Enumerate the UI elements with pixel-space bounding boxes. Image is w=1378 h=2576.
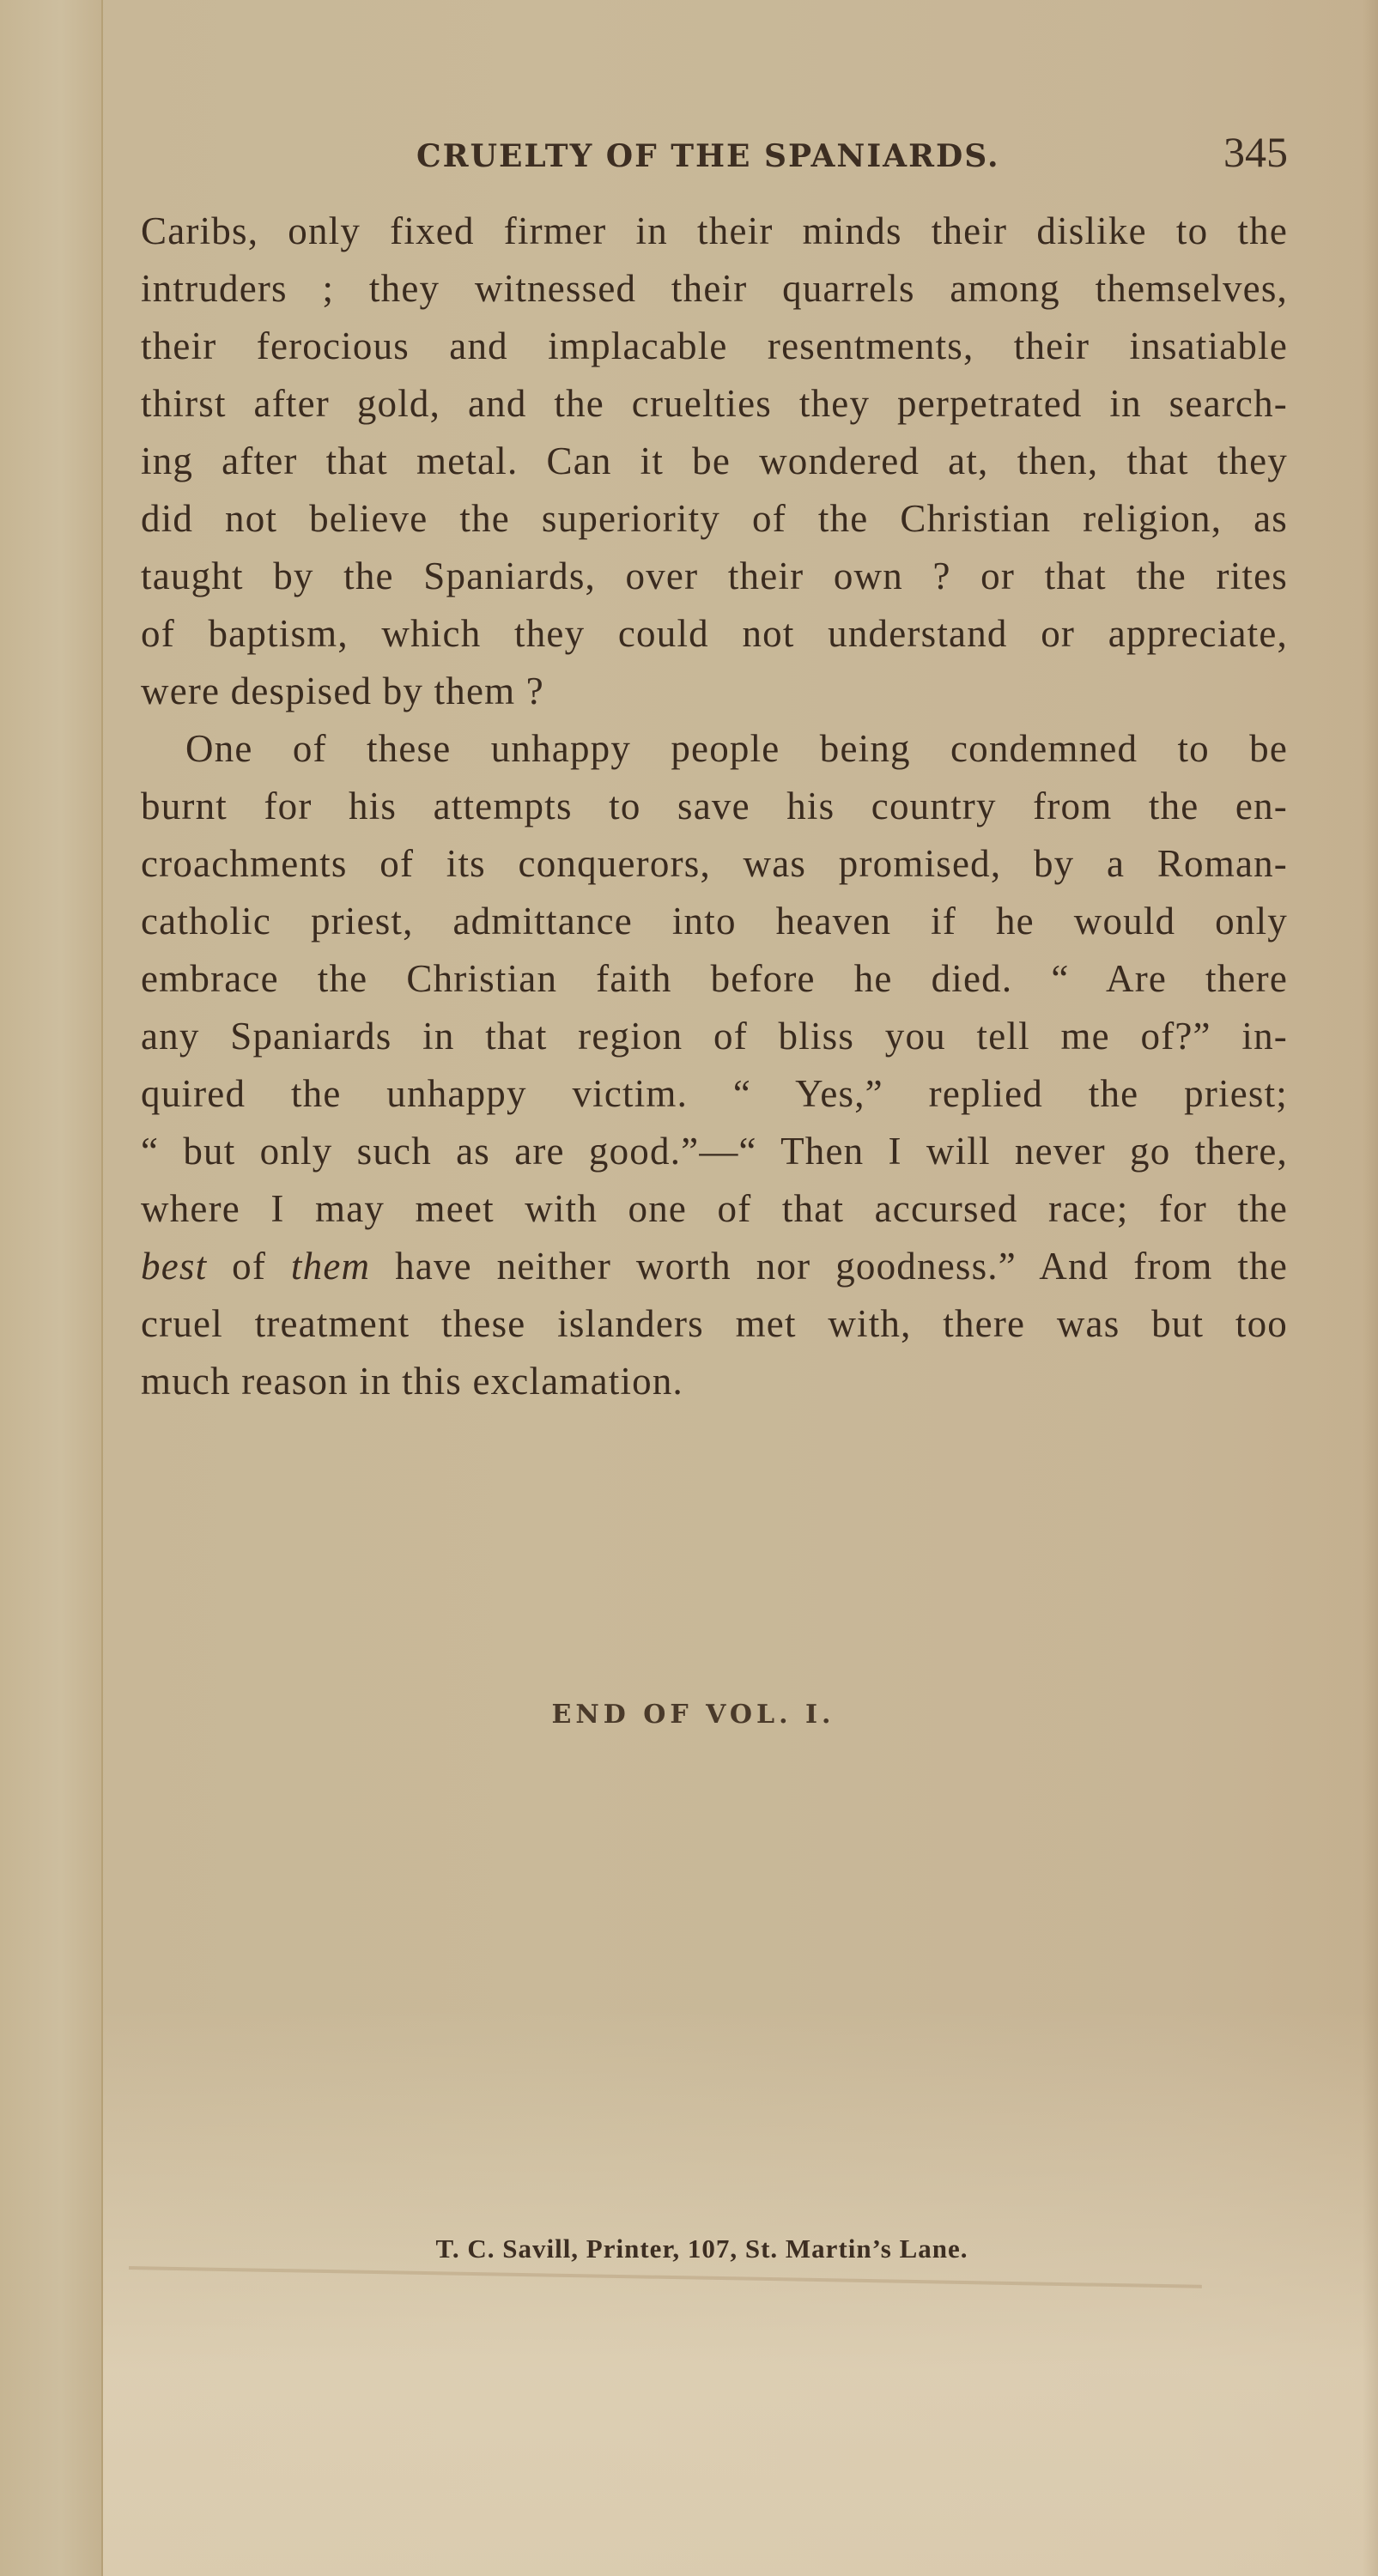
text-line: cruel treatment these islanders met with… [141, 1295, 1288, 1353]
text-line-with-italics: best of them have neither worth nor good… [141, 1238, 1288, 1295]
text-fragment: have neither worth nor goodness.” And fr… [370, 1245, 1288, 1288]
text-line: where I may meet with one of that accurs… [141, 1180, 1288, 1238]
page-number: 345 [1223, 127, 1288, 177]
paragraph-start-line: One of these unhappy people being condem… [141, 720, 1288, 778]
body-text: Caribs, only fixed firmer in their minds… [141, 203, 1288, 1410]
book-gutter [0, 0, 103, 2576]
text-line: burnt for his attempts to save his count… [141, 778, 1288, 835]
text-line: their ferocious and implacable resentmen… [141, 318, 1288, 375]
end-of-volume-mark: END OF VOL. I. [0, 1700, 1378, 1730]
text-line: much reason in this exclamation. [141, 1353, 1288, 1410]
page-edge [1363, 0, 1378, 2576]
italic-word: best [141, 1245, 207, 1288]
chapter-running-title: CRUELTY OF THE SPANIARDS. [416, 138, 999, 174]
text-fragment: of [207, 1245, 291, 1288]
text-line: did not believe the superiority of the C… [141, 490, 1288, 548]
text-line: embrace the Christian faith before he di… [141, 950, 1288, 1008]
text-line: “ but only such as are good.”—“ Then I w… [141, 1123, 1288, 1180]
text-line: any Spaniards in that region of bliss yo… [141, 1008, 1288, 1065]
italic-word: them [291, 1245, 370, 1288]
printer-imprint: T. C. Savill, Printer, 107, St. Martin’s… [0, 2234, 1378, 2264]
text-line: croachments of its conquerors, was promi… [141, 835, 1288, 893]
text-line: ing after that metal. Can it be wondered… [141, 433, 1288, 490]
text-line: were despised by them ? [141, 663, 1288, 720]
text-line: taught by the Spaniards, over their own … [141, 548, 1288, 605]
text-line: intruders ; they witnessed their quarrel… [141, 260, 1288, 318]
text-line: Caribs, only fixed firmer in their minds… [141, 203, 1288, 260]
text-line: catholic priest, admittance into heaven … [141, 893, 1288, 950]
text-line: thirst after gold, and the cruelties the… [141, 375, 1288, 433]
text-line: of baptism, which they could not underst… [141, 605, 1288, 663]
running-head: CRUELTY OF THE SPANIARDS. 345 [416, 127, 1288, 179]
text-line: quired the unhappy victim. “ Yes,” repli… [141, 1065, 1288, 1123]
